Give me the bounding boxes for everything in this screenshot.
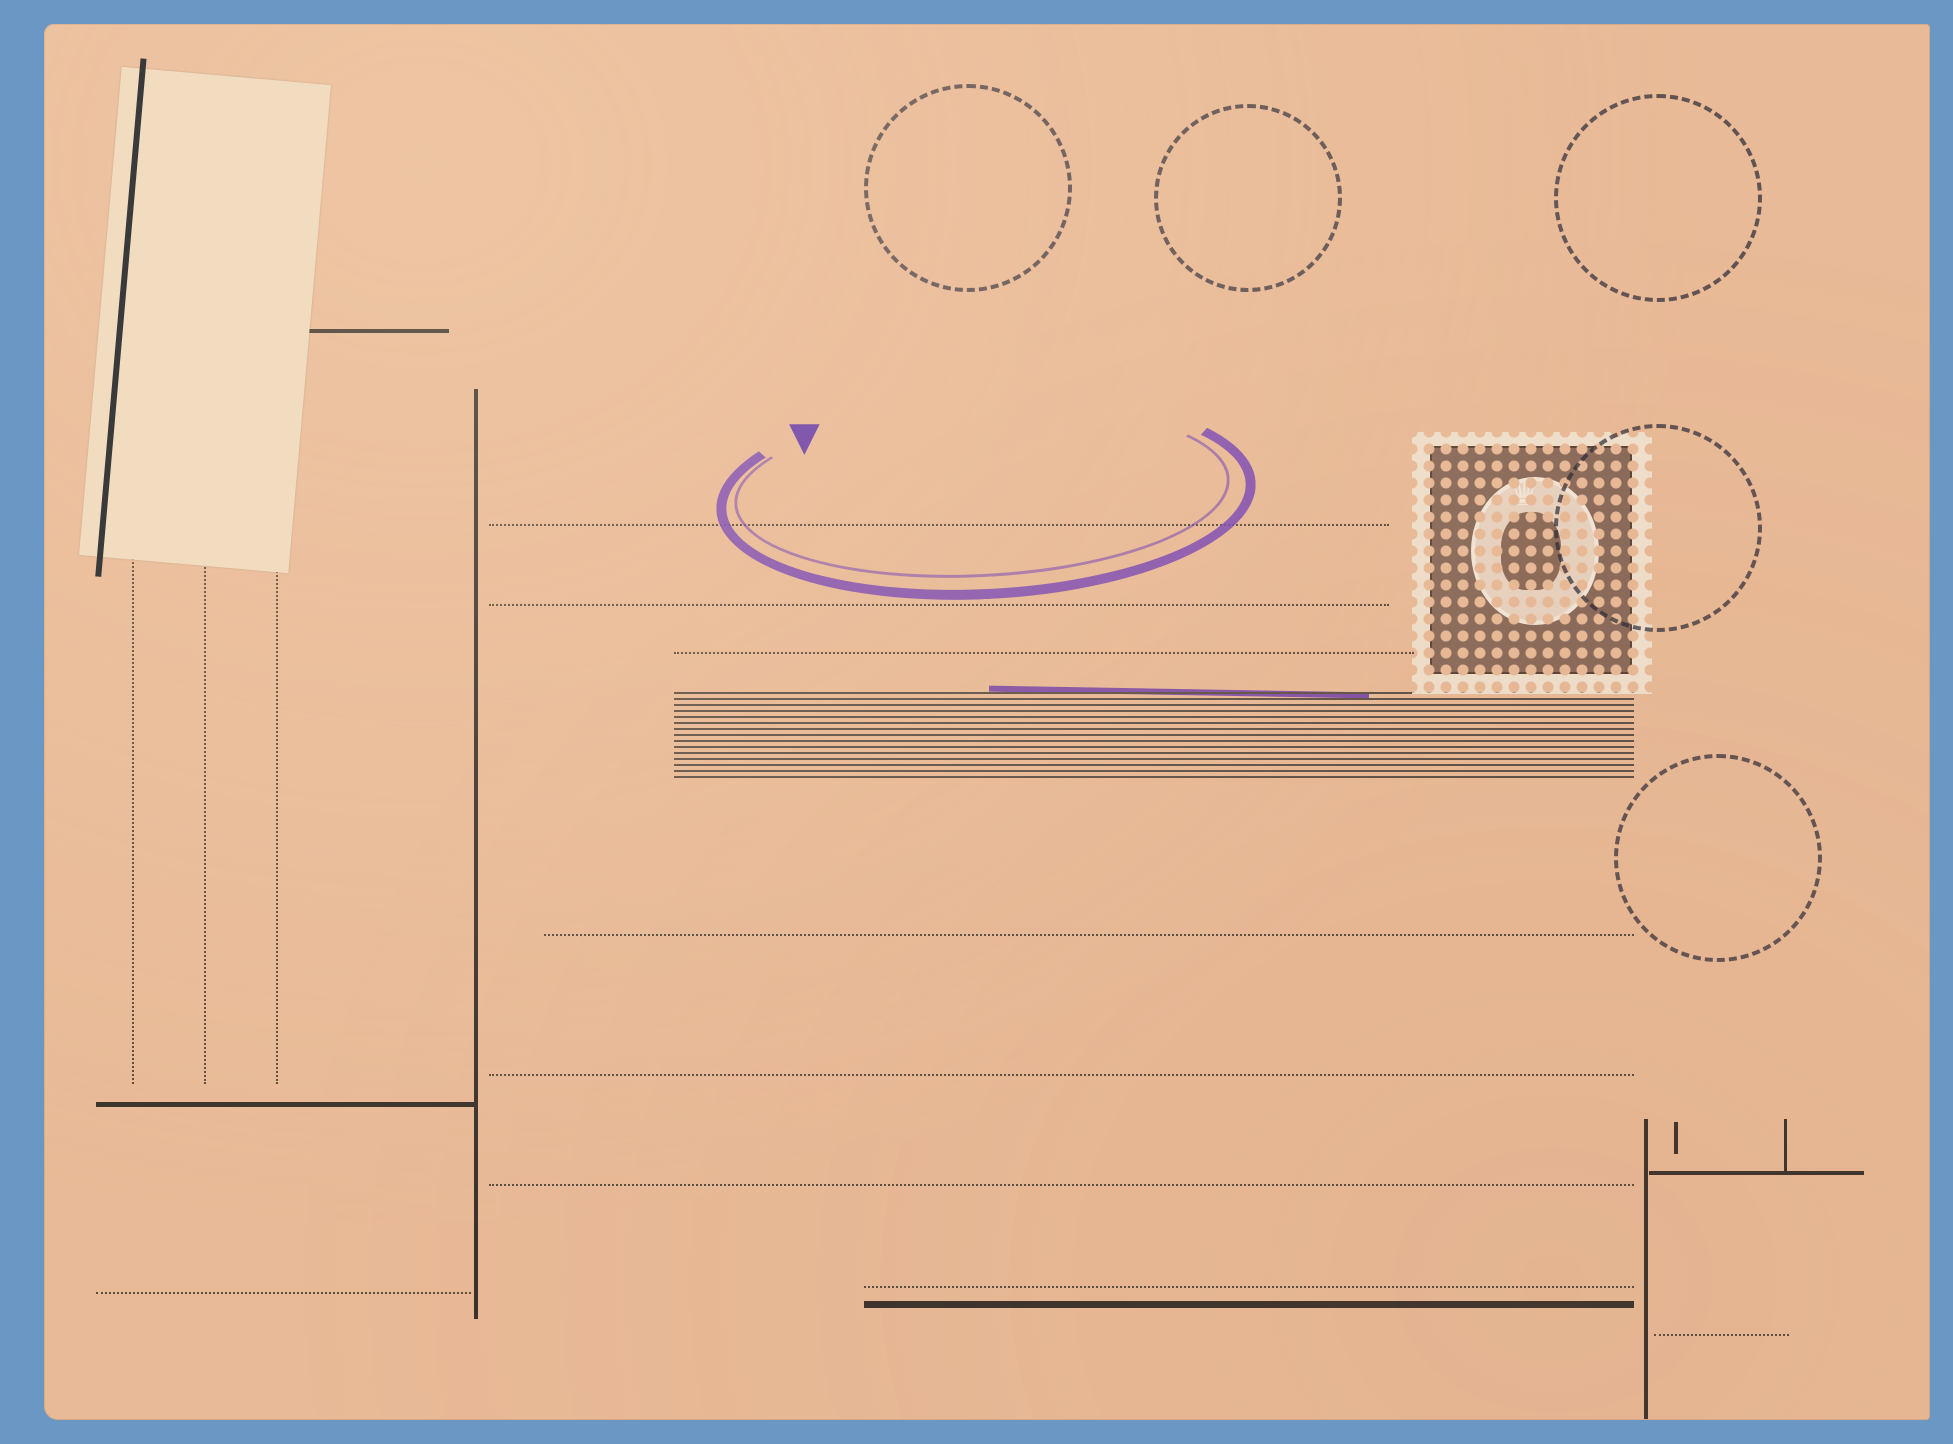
label-office xyxy=(155,533,225,539)
destination-line xyxy=(864,1286,1634,1288)
oval-stamp-marker-icon: ▼ xyxy=(789,414,820,460)
divider-weight-vertical xyxy=(1644,1119,1648,1419)
divider-main-vertical xyxy=(474,389,478,1319)
contents-line xyxy=(674,652,1414,654)
crown-icon: ♛ xyxy=(1509,474,1539,514)
label-text xyxy=(120,501,236,559)
postmark-3 xyxy=(1554,94,1762,302)
destination-underline xyxy=(864,1301,1634,1308)
parcel-number-label xyxy=(79,67,331,573)
recipient-line-2 xyxy=(489,1074,1634,1076)
weight-tick xyxy=(1674,1122,1678,1154)
postmark-1 xyxy=(864,84,1072,292)
label-office-number xyxy=(166,504,226,509)
postmark-2 xyxy=(1154,104,1342,292)
postmark-5 xyxy=(1614,754,1822,962)
sender-line-2 xyxy=(489,604,1389,606)
divider-weight-horizontal xyxy=(1649,1171,1864,1175)
signature-line-1 xyxy=(132,494,134,1084)
divider-arrival xyxy=(96,1102,476,1107)
parcel-number xyxy=(120,548,232,558)
weight-line xyxy=(1654,1334,1789,1336)
recipient-line-3 xyxy=(489,1184,1634,1186)
arrival-number-line xyxy=(96,1292,471,1294)
parcel-card: ▼ ♛ xyxy=(44,24,1930,1420)
king-portrait-icon xyxy=(1501,512,1561,590)
divider-weight-small xyxy=(1784,1119,1787,1174)
insured-amount-field[interactable] xyxy=(674,692,1634,778)
postmark-4 xyxy=(1554,424,1762,632)
recipient-line-1 xyxy=(544,934,1634,936)
signature-line-2 xyxy=(204,524,206,1084)
